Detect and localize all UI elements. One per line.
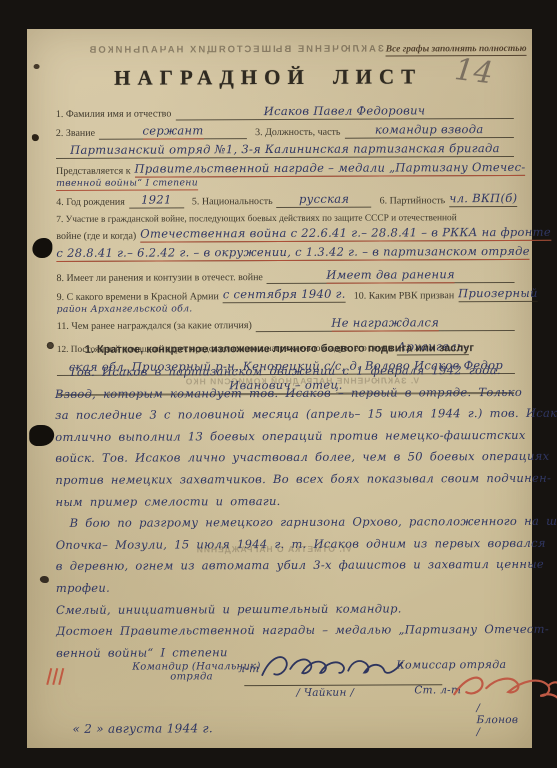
handwritten-value: с 28.8.41 г.– 6.2.42 г. – в окружении, с…	[56, 244, 529, 262]
paper-speck-icon	[34, 64, 40, 69]
field-value-line: с сентября 1940 г.	[223, 287, 346, 304]
narrative-line: Взвод, которым командует тов. Исаков – п…	[55, 382, 524, 406]
field-label: 3. Должность, часть	[255, 126, 340, 139]
field-label: 2. Звание	[56, 127, 95, 140]
punch-hole-icon	[47, 342, 54, 349]
field-war-participation: войне (где и когда) Отечественная война …	[56, 225, 514, 243]
document-title: НАГРАДНОЙ ЛИСТ	[26, 64, 511, 91]
field-label: 10. Каким РВК призван	[354, 289, 455, 302]
handwritten-value: Партизанский отряд №1, 3-я Калининская п…	[70, 141, 500, 157]
handwritten-value: твенной войны“ I степени	[56, 177, 198, 191]
field-label: 11. Чем ранее награждался (за какие отли…	[57, 319, 252, 333]
handwritten-value: Исаков Павел Федорович	[264, 103, 426, 118]
scanned-award-document: ЗАКЛЮЧЕНИЕ ВЫШЕСТОЯЩИХ НАЧАЛЬНИКОВ Все г…	[0, 0, 557, 768]
paper-content: ЗАКЛЮЧЕНИЕ ВЫШЕСТОЯЩИХ НАЧАЛЬНИКОВ Все г…	[25, 28, 533, 749]
narrative-line: в деревню, огнем из автомата убил 3-х фа…	[56, 554, 525, 578]
field-presented-award: Представляется к Правительственной награ…	[56, 160, 514, 178]
handwritten-value: Отечественная война с 22.6.41 г.– 28.8.4…	[140, 225, 551, 243]
paper-speck-icon	[32, 134, 39, 141]
handwritten-value: Приозерный	[458, 286, 538, 300]
narrative-line: В бою по разгрому немецкого гарнизона Ор…	[56, 511, 525, 535]
narrative-line: отлично выполнил 13 боевых операций прот…	[55, 425, 524, 449]
field-value-line: Имеет два ранения	[267, 267, 515, 284]
field-birth-nationality-party: 4. Год рождения 1921 5. Национальность р…	[56, 191, 514, 209]
field-label: 6. Партийность	[380, 194, 446, 207]
field-war-participation-continuation: с 28.8.41 г.– 6.2.42 г. – в окружении, с…	[56, 244, 514, 262]
bleed-through-text-top: ЗАКЛЮЧЕНИЕ ВЫШЕСТОЯЩИХ НАЧАЛЬНИКОВ	[87, 44, 383, 56]
handwritten-value: с сентября 1940 г.	[223, 287, 346, 302]
narrative-line: трофеи.	[56, 576, 525, 600]
field-label: войне (где и когда)	[56, 230, 136, 243]
commissar-name: / Блонов /	[476, 702, 518, 738]
handwritten-value: командир взвода	[375, 122, 484, 136]
handwritten-value: чл. ВКП(б)	[449, 191, 517, 205]
field-value-line: чл. ВКП(б)	[449, 191, 517, 207]
field-value-line: с 28.8.41 г.– 6.2.42 г. – в окружении, с…	[56, 244, 529, 262]
field-value-line: сержант	[99, 123, 247, 140]
field-value-line: 1921	[129, 192, 184, 208]
ink-blot-icon	[29, 425, 54, 446]
field-rank-position: 2. Звание сержант 3. Должность, часть ко…	[56, 122, 514, 140]
narrative-line: Тов. Исаков в партизанском движении с 1 …	[55, 360, 524, 384]
narrative-line: войск. Тов. Исаков лично участвовал боле…	[55, 446, 524, 470]
field-label: 9. С какого времени в Красной Армии	[57, 290, 219, 304]
ink-blot-icon	[32, 238, 52, 258]
handwritten-value: 1921	[141, 192, 172, 206]
handwritten-value: район Архангельской обл.	[57, 303, 193, 315]
handwritten-value: сержант	[142, 123, 203, 139]
paper-sheet: ЗАКЛЮЧЕНИЕ ВЫШЕСТОЯЩИХ НАЧАЛЬНИКОВ Все г…	[27, 29, 532, 748]
paper-speck-icon	[40, 576, 49, 583]
field-unit-line: Партизанский отряд №1, 3-я Калининская п…	[56, 141, 514, 159]
merit-description: Тов. Исаков в партизанском движении с 1 …	[55, 360, 525, 664]
field-label: 1. Фамилия имя и отчество	[56, 107, 172, 121]
red-hatch-marks-icon	[46, 668, 68, 688]
field-name: 1. Фамилия имя и отчество Исаков Павел Ф…	[56, 103, 514, 121]
field-value-line: Отечественная война с 22.6.41 г.– 28.8.4…	[140, 225, 551, 243]
field-value-line: командир взвода	[344, 122, 513, 139]
narrative-line: за последние 3 с половиной месяца (апрел…	[55, 403, 524, 427]
field-value-line: Партизанский отряд №1, 3-я Калининская п…	[56, 141, 514, 159]
handwritten-value: Правительственной награде – медали „Парт…	[135, 160, 526, 178]
signature-block: Командир (Начальник) отряда л-т / Чайкин…	[58, 658, 517, 724]
narrative-line: против немецких захватчиков. Во всех боя…	[55, 468, 524, 492]
commander-title-line2: отряда	[170, 671, 213, 682]
field-presented-award-continuation: твенной войны“ I степени	[56, 176, 514, 190]
narrative-line: Смелый, инициативный и решительный коман…	[56, 597, 525, 621]
field-value-line: Исаков Павел Федорович	[175, 103, 514, 120]
document-date: « 2 » августа 1944 г.	[72, 721, 213, 736]
field-label: 5. Национальность	[192, 195, 273, 208]
handwritten-value: Имеет два ранения	[326, 267, 455, 284]
handwritten-value: Не награждался	[331, 315, 439, 331]
field-label: 4. Год рождения	[56, 196, 125, 209]
field-value-line: Приозерный	[458, 286, 538, 302]
field-wounds: 8. Имеет ли ранения и контузии в отечест…	[56, 267, 514, 285]
narrative-line: Достоен Правительственной награды – меда…	[56, 619, 525, 643]
section-heading: 1. Краткое, конкретное изложение личного…	[47, 342, 512, 356]
field-label: Представляется к	[56, 165, 131, 178]
narrative-line: ным пример смелости и отваги.	[55, 489, 524, 513]
field-value-line: русская	[277, 192, 372, 208]
handwritten-value: русская	[299, 192, 349, 206]
field-label: 8. Имеет ли ранения и контузии в отечест…	[56, 271, 262, 285]
field-army-service: 9. С какого времени в Красной Армии с се…	[57, 286, 515, 304]
field-war-participation-label: 7. Участие в гражданской войне, последую…	[56, 212, 514, 226]
field-previous-awards: 11. Чем ранее награждался (за какие отли…	[57, 315, 515, 333]
commander-name: / Чайкин /	[296, 687, 354, 699]
field-rvk-continuation: район Архангельской обл.	[57, 302, 515, 316]
field-value-line: Не награждался	[256, 315, 515, 332]
narrative-line: Опочка– Мозули, 15 июля 1944 г. т. Исако…	[56, 533, 525, 557]
field-value-line: Правительственной награде – медали „Парт…	[135, 160, 526, 178]
